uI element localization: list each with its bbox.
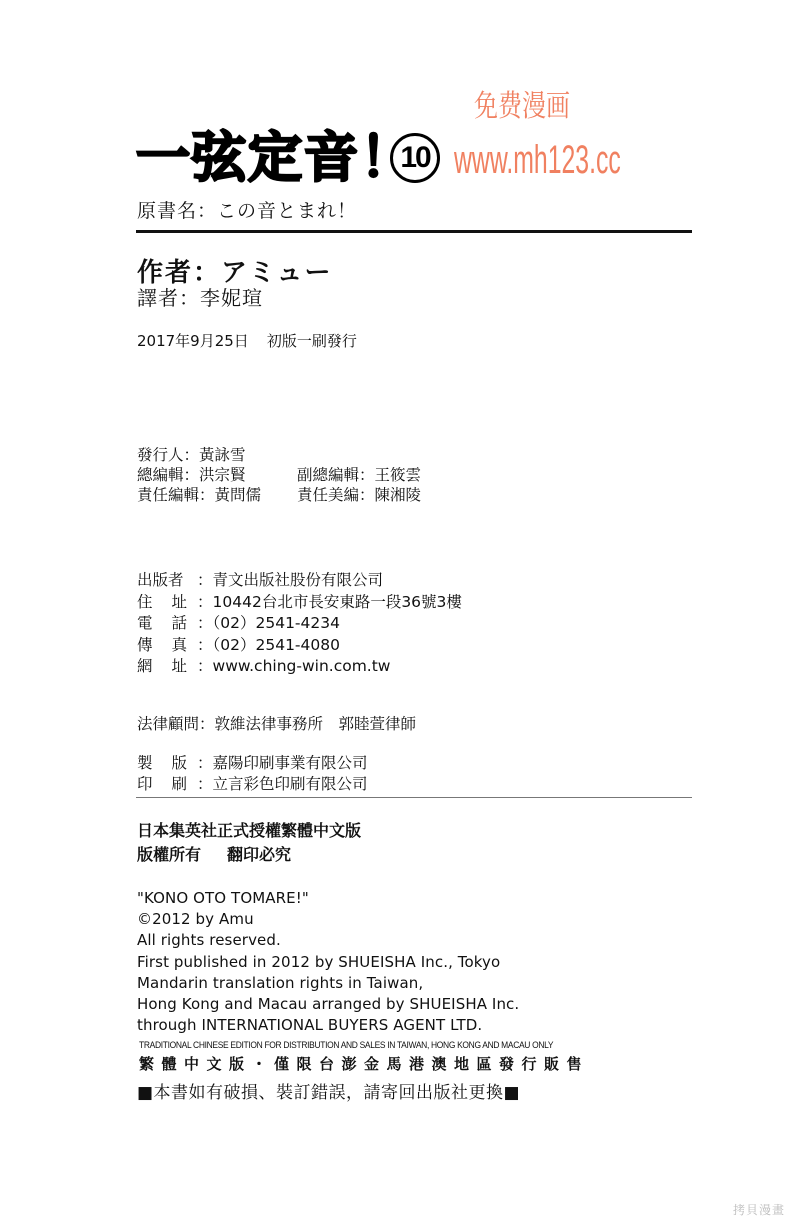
print-label: 印刷 (137, 774, 197, 795)
english-line: "KONO OTO TOMARE!" (137, 888, 519, 909)
english-line: through INTERNATIONAL BUYERS AGENT LTD. (137, 1015, 519, 1036)
chief-editor: 總編輯：洪宗賢 (137, 466, 246, 484)
original-title: 原書名：この音とまれ！ (137, 196, 357, 223)
edition-printing: 初版一刷發行 (267, 332, 357, 350)
divider-thick (136, 230, 692, 233)
english-line: All rights reserved. (137, 930, 519, 951)
footer-watermark: 拷貝漫畫 (733, 1201, 785, 1218)
english-credits: "KONO OTO TOMARE!" ©2012 by Amu All righ… (137, 888, 519, 1036)
divider-thin (136, 797, 692, 798)
responsible-art-editor: 責任美編：陳湘陵 (297, 485, 421, 505)
english-line: First published in 2012 by SHUEISHA Inc.… (137, 952, 519, 973)
watermark-url: www.mh123.cc (454, 138, 621, 182)
english-line: Mandarin translation rights in Taiwan, (137, 973, 519, 994)
volume-number: 10 (400, 141, 429, 175)
publisher-fax-row: 傳真：（02）2541-4080 (137, 635, 462, 657)
staff-block: 發行人：黃詠雪 總編輯：洪宗賢 副總編輯：王筱雲 責任編輯：黃問儒 責任美編：陳… (137, 445, 261, 505)
edition-date: 2017年9月25日 (137, 332, 249, 350)
publisher-phone: （02）2541-4234 (213, 614, 340, 632)
responsible-editor: 責任編輯：黃問儒 (137, 486, 261, 504)
book-title: 一弦定音！ (136, 128, 416, 188)
distribution-english: TRADITIONAL CHINESE EDITION FOR DISTRIBU… (139, 1040, 553, 1050)
translator-credit: 譯者：李妮瑄 (137, 282, 263, 311)
license-block: 日本集英社正式授權繁體中文版 版權所有翻印必究 (137, 819, 361, 867)
edition-line: 2017年9月25日初版一刷發行 (137, 330, 357, 351)
web-label: 網址 (137, 656, 197, 678)
address-label: 住址 (137, 592, 197, 614)
publisher-web: www.ching-win.com.tw (213, 657, 391, 675)
plate-maker: 嘉陽印刷事業有限公司 (213, 754, 368, 772)
watermark-chinese: 免费漫画 (474, 90, 570, 124)
no-reproduction: 翻印必究 (227, 845, 291, 864)
volume-number-badge: 10 (390, 133, 440, 183)
publisher-name-row: 出版者：青文出版社股份有限公司 (137, 570, 462, 592)
publisher-fax: （02）2541-4080 (213, 636, 340, 654)
publisher-name-label: 出版者 (137, 570, 197, 592)
printer: 立言彩色印刷有限公司 (213, 775, 368, 793)
fax-label: 傳真 (137, 635, 197, 657)
distribution-chinese: 繁體中文版・僅限台澎金馬港澳地區發行販售 (139, 1053, 589, 1074)
publisher-person: 發行人：黃詠雪 (137, 445, 261, 465)
damage-notice: ■本書如有破損、裝訂錯誤，請寄回出版社更換■ (137, 1078, 520, 1103)
phone-label: 電話 (137, 613, 197, 635)
publisher-phone-row: 電話：（02）2541-4234 (137, 613, 462, 635)
publisher-web-row: 網址：www.ching-win.com.tw (137, 656, 462, 678)
english-line: ©2012 by Amu (137, 909, 519, 930)
deputy-chief-editor: 副總編輯：王筱雲 (297, 465, 421, 485)
license-statement: 日本集英社正式授權繁體中文版 (137, 819, 361, 843)
publisher-address: 10442台北市長安東路一段36號3樓 (213, 593, 462, 611)
copyright-reserved: 版權所有 (137, 845, 201, 864)
printing-block: 製版：嘉陽印刷事業有限公司 印刷：立言彩色印刷有限公司 (137, 753, 368, 795)
publisher-name: 青文出版社股份有限公司 (213, 571, 384, 589)
plate-label: 製版 (137, 753, 197, 774)
english-line: Hong Kong and Macau arranged by SHUEISHA… (137, 994, 519, 1015)
publisher-address-row: 住址：10442台北市長安東路一段36號3樓 (137, 592, 462, 614)
legal-counsel: 法律顧問：敦維法律事務所 郭睦萱律師 (137, 712, 416, 734)
publisher-block: 出版者：青文出版社股份有限公司 住址：10442台北市長安東路一段36號3樓 電… (137, 570, 462, 678)
